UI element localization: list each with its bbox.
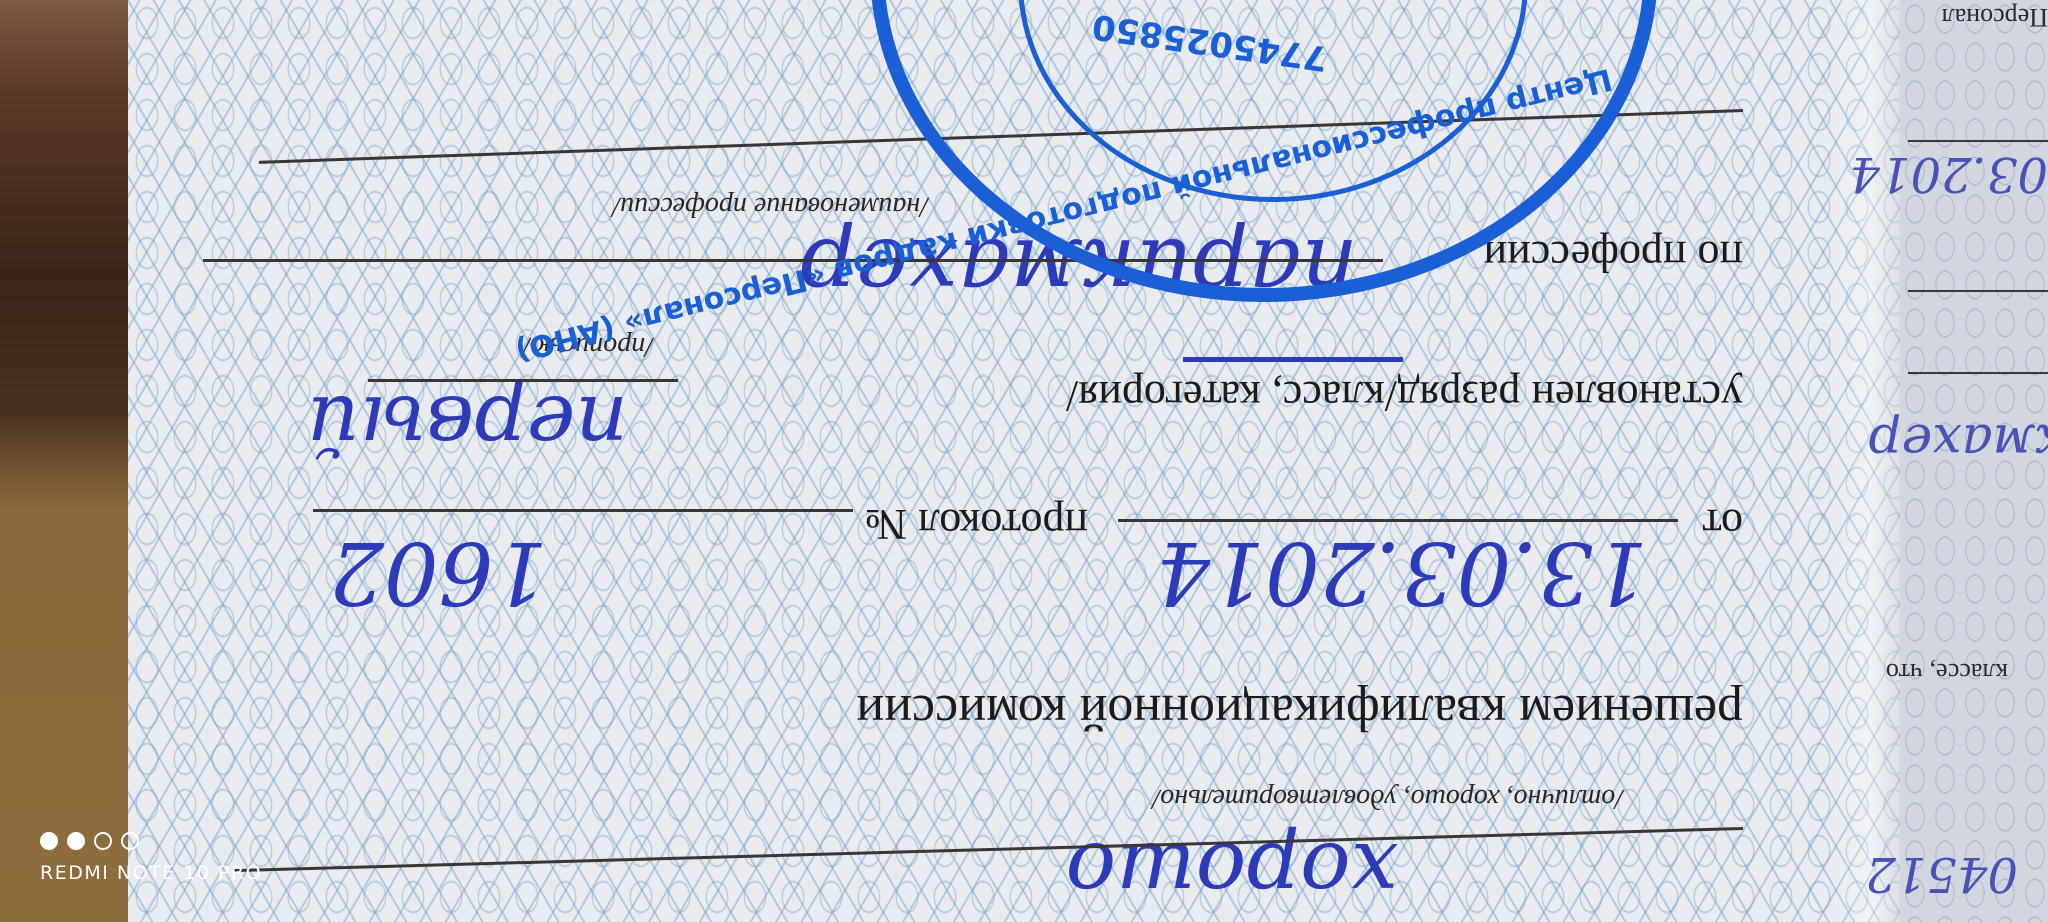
category-label: установлен разряд/класс, категория/ [1066,371,1743,422]
watermark-dot-icon [67,832,85,850]
watermark-dot-icon [94,832,112,850]
grade-underline [234,827,1743,872]
protocol-number-value: 1602 [329,522,548,622]
grade-hint: /отлично, хорошо, удовлетворительно/ [1152,782,1623,814]
facing-page-handwritten-number: 04512 [1865,846,2018,902]
category-handwritten-value: первый [307,377,628,472]
facing-page-handwritten-date: 03.2014 [1850,146,2048,202]
facing-page-handwritten-profession: парикмахер [1868,412,2048,472]
protocol-number-underline [313,509,853,512]
facing-page-rule-3 [1908,372,2048,374]
facing-page-rule-1 [1908,140,2048,142]
camera-watermark: REDMI NOTE 10 PRO [40,832,262,884]
category-underline [368,379,678,382]
facing-page-printed-1: Персонал [1941,2,2048,32]
watermark-dot-icon [121,832,139,850]
facing-page-printed-2: классе, что [1886,657,2008,687]
protocol-from-label: от [1702,499,1743,550]
watermark-dot-icon [40,832,58,850]
device-label: REDMI NOTE 10 PRO [40,862,262,884]
facing-page-rule-2 [1908,290,2048,292]
commission-label: решением квалификационной комиссии [856,683,1743,742]
category-short-pen-stroke [1183,357,1403,362]
profession-hint: /наименование профессии/ [612,190,928,222]
document-content-rotated: хорошо /отлично, хорошо, удовлетворитель… [0,0,2048,922]
watermark-dots [40,832,262,850]
protocol-date-value: 13.03.2014 [1156,522,1648,622]
profession-label: по профессии [1484,231,1743,282]
protocol-number-label: протокол № [865,499,1088,550]
